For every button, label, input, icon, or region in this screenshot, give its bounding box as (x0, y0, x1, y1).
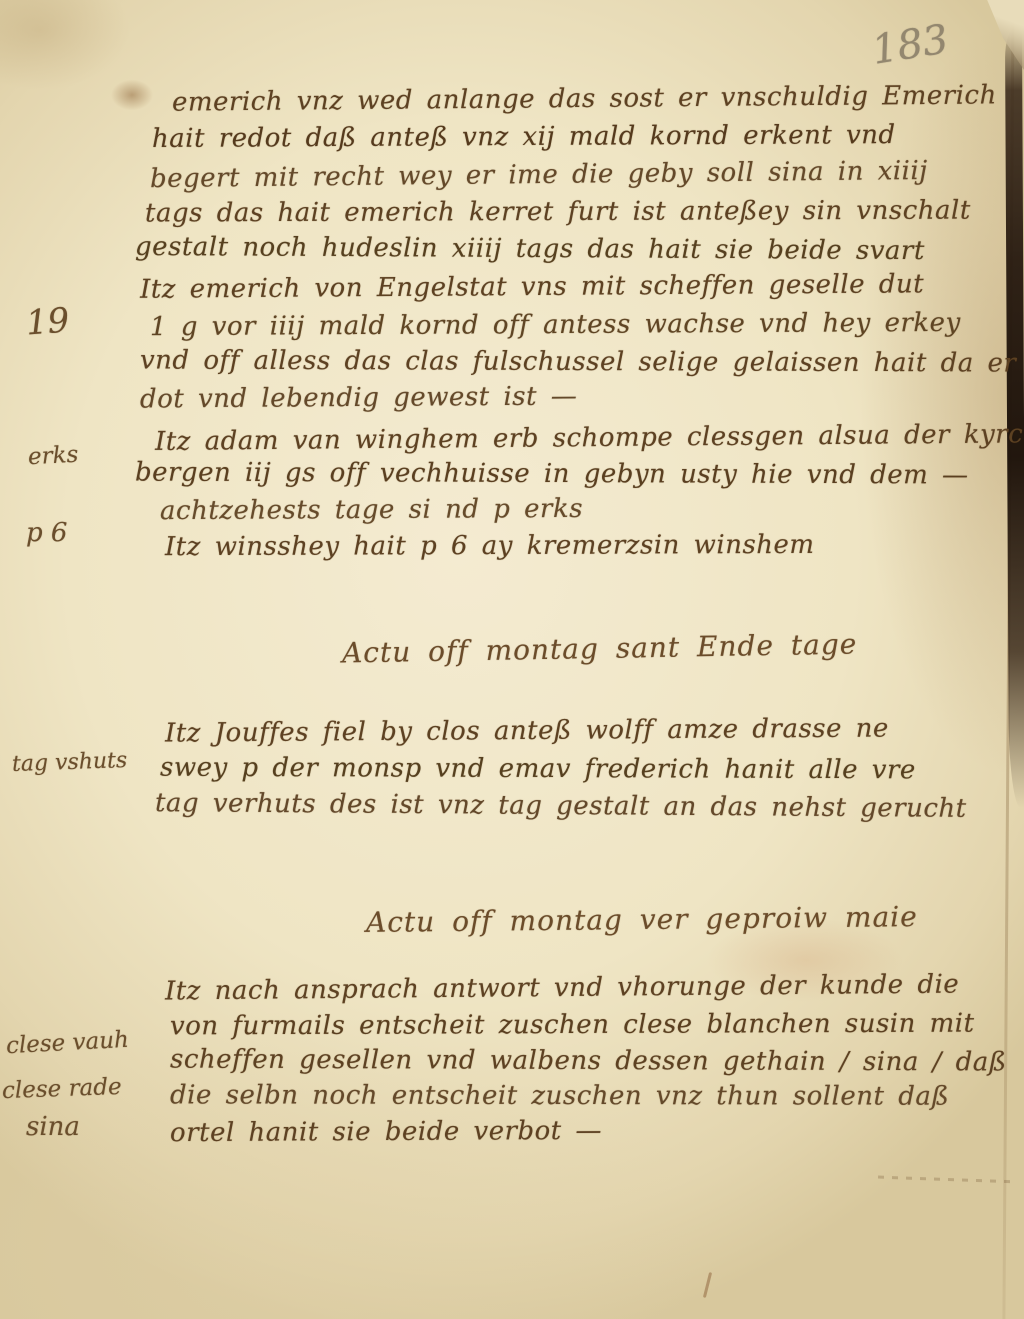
text-line: dot vnd lebendig gewest ist — (140, 381, 577, 414)
text-line: Itz adam van winghem erb schompe clessge… (155, 419, 1024, 457)
section-heading: Actu off montag sant Ende tage (342, 628, 858, 670)
text-line: gestalt noch hudeslin xiiij tags das hai… (135, 232, 925, 266)
manuscript-page: 183 emerich vnz wed anlange das sost er … (0, 0, 1024, 1319)
paper-fiber-mark (703, 1272, 712, 1298)
section-heading: Actu off montag ver geproiw maie (366, 900, 918, 939)
text-line: von furmails entscheit zuschen clese bla… (170, 1009, 975, 1042)
text-line: 1 g vor iiij mald kornd off antess wachs… (150, 308, 961, 342)
text-line: vnd off alless das clas fulschussel seli… (140, 345, 1016, 378)
margin-note: erks (27, 442, 79, 471)
text-line: die selbn noch entscheit zuschen vnz thu… (170, 1080, 949, 1111)
text-line: emerich vnz wed anlange das sost er vnsc… (172, 80, 997, 117)
text-line: Itz Jouffes fiel by clos anteß wolff amz… (165, 713, 889, 748)
text-line: Itz emerich von Engelstat vns mit scheff… (140, 269, 924, 304)
crease-line (878, 1176, 1018, 1184)
text-line: hait redot daß anteß vnz xij mald kornd … (152, 120, 896, 154)
text-line: achtzehests tage si nd p erks (160, 494, 583, 526)
page-edge-shadow (1005, 28, 1024, 808)
margin-note: clese rade (2, 1074, 122, 1104)
margin-note: p 6 (26, 518, 67, 548)
text-line: bergen iij gs off vechhuisse in gebyn us… (135, 458, 969, 491)
margin-note: 19 (25, 301, 71, 344)
text-line: begert mit recht wey er ime die geby sol… (150, 156, 928, 194)
text-line: Itz nach ansprach antwort vnd vhorunge d… (165, 970, 959, 1007)
margin-note: tag vshuts (12, 748, 128, 777)
margin-note: sina (26, 1112, 80, 1142)
text-line: tag verhuts des ist vnz tag gestalt an d… (155, 788, 967, 824)
text-line: tags das hait emerich kerret furt ist an… (145, 196, 971, 229)
folio-number: 183 (869, 16, 952, 73)
text-line: Itz winsshey hait p 6 ay kremerzsin wins… (165, 530, 815, 562)
text-line: swey p der monsp vnd emav frederich hani… (160, 753, 916, 786)
text-line: ortel hanit sie beide verbot — (170, 1116, 602, 1148)
text-line: scheffen gesellen vnd walbens dessen get… (170, 1045, 1007, 1078)
margin-note: clese vauh (5, 1027, 129, 1059)
